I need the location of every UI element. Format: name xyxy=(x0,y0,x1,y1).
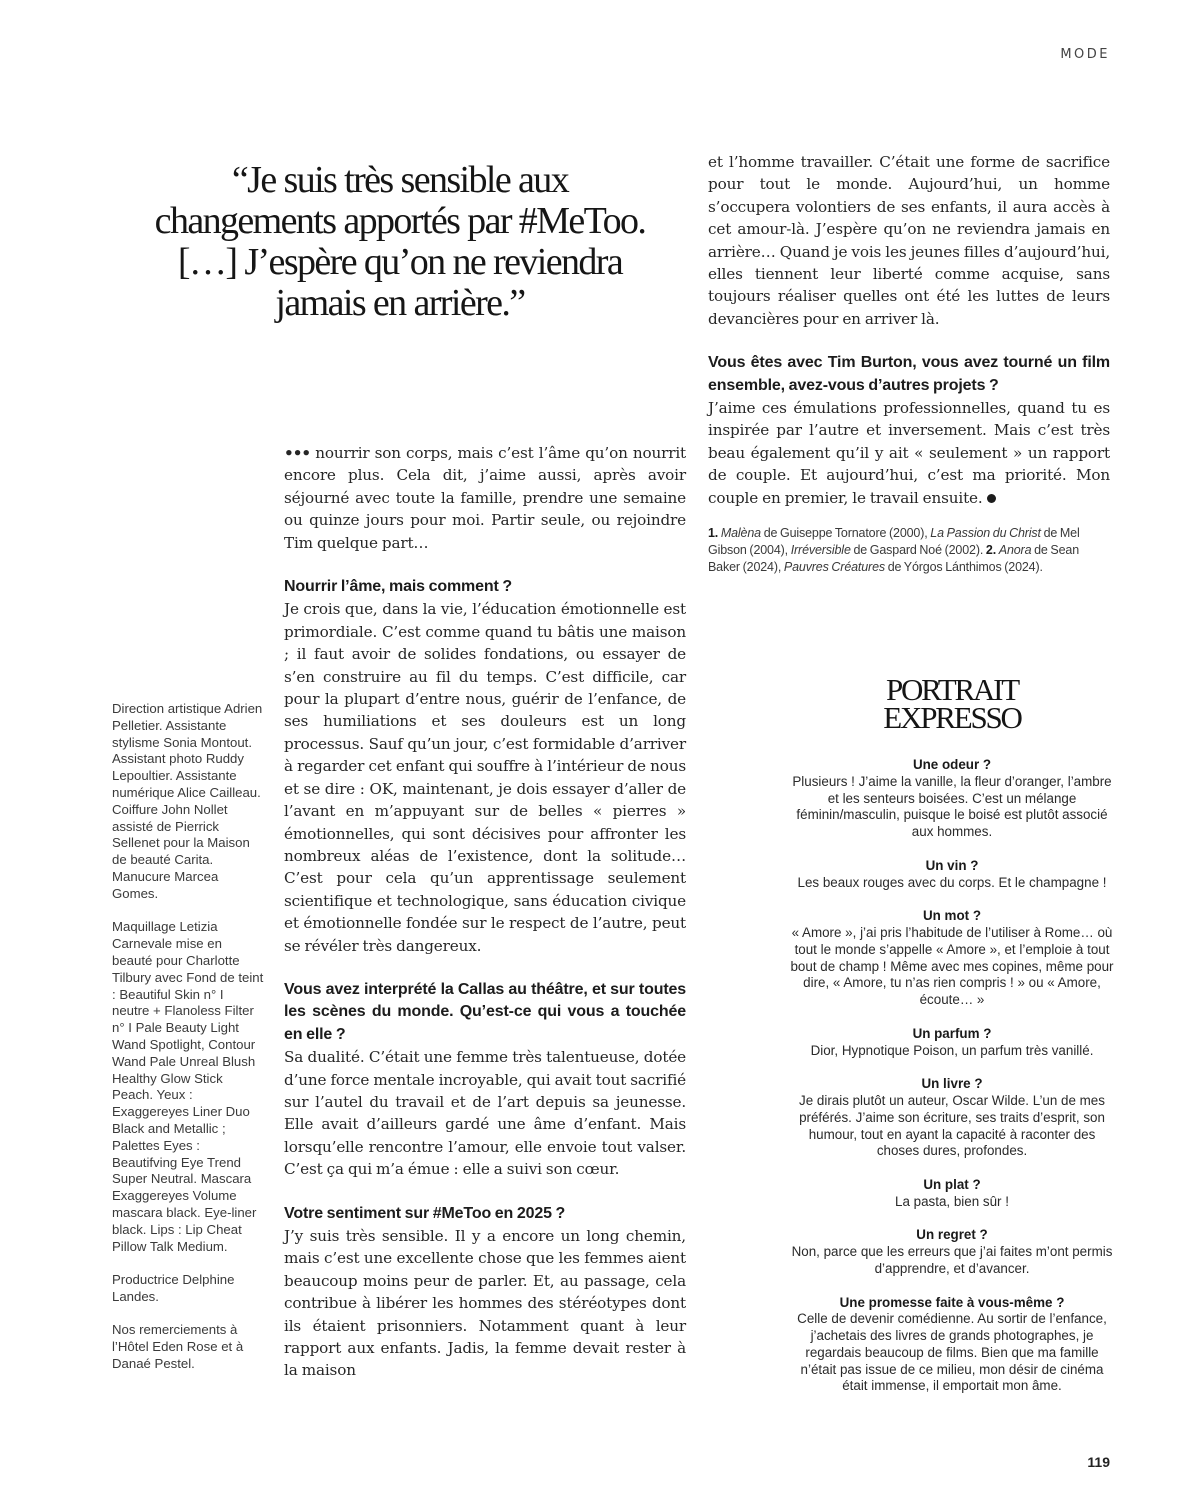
article-column-middle: ••• nourrir son corps, mais c’est l’âme … xyxy=(284,442,686,1382)
portrait-answer: Non, parce que les erreurs que j’ai fait… xyxy=(792,1244,1113,1276)
qa-block: Vous avez interprété la Callas au théâtr… xyxy=(284,979,686,1181)
interview-question: Nourrir l’âme, mais comment ? xyxy=(284,576,686,598)
portrait-question: Une promesse faite à vous-même ? xyxy=(790,1295,1114,1312)
qa-block: Vous êtes avec Tim Burton, vous avez tou… xyxy=(708,352,1110,509)
portrait-answer: Je dirais plutôt un auteur, Oscar Wilde.… xyxy=(799,1093,1105,1158)
intro-text: nourrir son corps, mais c’est l’âme qu’o… xyxy=(284,444,686,552)
article-column-right: et l’homme travailler. C’était une forme… xyxy=(708,151,1110,576)
portrait-item: Un livre ?Je dirais plutôt un auteur, Os… xyxy=(790,1076,1114,1160)
qa-block: Votre sentiment sur #MeToo en 2025 ? J’y… xyxy=(284,1203,686,1382)
section-label: MODE xyxy=(1060,47,1110,62)
film-title: La Passion du Christ xyxy=(930,526,1041,540)
portrait-question: Un regret ? xyxy=(790,1227,1114,1244)
portrait-question: Un mot ? xyxy=(790,908,1114,925)
portrait-answer: « Amore », j’ai pris l’habitude de l’uti… xyxy=(790,925,1113,1007)
portrait-answer: Les beaux rouges avec du corps. Et le ch… xyxy=(798,875,1107,890)
interview-question: Vous avez interprété la Callas au théâtr… xyxy=(284,979,686,1046)
portrait-expresso-title: PORTRAIT EXPRESSO xyxy=(790,676,1114,732)
article-intro: ••• nourrir son corps, mais c’est l’âme … xyxy=(284,442,686,554)
title-line: EXPRESSO xyxy=(790,704,1114,732)
portrait-question: Un parfum ? xyxy=(790,1026,1114,1043)
interview-answer: Sa dualité. C’était une femme très talen… xyxy=(284,1048,686,1178)
interview-question: Votre sentiment sur #MeToo en 2025 ? xyxy=(284,1203,686,1225)
credits-team: Direction artistique Adrien Pelletier. A… xyxy=(112,701,264,903)
photo-credits: Direction artistique Adrien Pelletier. A… xyxy=(112,701,264,1390)
film-title: Irréversible xyxy=(791,543,851,557)
portrait-question: Un plat ? xyxy=(790,1177,1114,1194)
credits-thanks: Nos remerciements à l’Hôtel Eden Rose et… xyxy=(112,1322,264,1372)
credits-makeup: Maquillage Letizia Carnevale mise en bea… xyxy=(112,919,264,1255)
portrait-expresso-box: PORTRAIT EXPRESSO Une odeur ?Plusieurs !… xyxy=(790,676,1114,1412)
article-continuation: et l’homme travailler. C’était une forme… xyxy=(708,151,1110,330)
portrait-question: Un vin ? xyxy=(790,858,1114,875)
interview-answer: Je crois que, dans la vie, l’éducation é… xyxy=(284,600,686,954)
end-of-article-dot-icon xyxy=(987,494,996,503)
portrait-answer: Celle de devenir comédienne. Au sortir d… xyxy=(797,1311,1107,1393)
portrait-question: Une odeur ? xyxy=(790,757,1114,774)
footnote-text: de Guiseppe Tornatore (2000), xyxy=(761,526,930,540)
footnotes: 1. Malèna de Guiseppe Tornatore (2000), … xyxy=(708,525,1110,576)
film-title: Malèna xyxy=(721,526,761,540)
film-title: Anora xyxy=(999,543,1032,557)
film-title: Pauvres Créatures xyxy=(784,560,885,574)
portrait-answer: La pasta, bien sûr ! xyxy=(895,1194,1009,1209)
portrait-item: Un plat ?La pasta, bien sûr ! xyxy=(790,1177,1114,1211)
portrait-item: Un vin ?Les beaux rouges avec du corps. … xyxy=(790,858,1114,892)
page-number: 119 xyxy=(1087,1454,1110,1470)
footnote-text: de Gaspard Noé (2002). xyxy=(851,543,986,557)
portrait-item: Une promesse faite à vous-même ?Celle de… xyxy=(790,1295,1114,1396)
portrait-item: Un mot ?« Amore », j’ai pris l’habitude … xyxy=(790,908,1114,1009)
continuation-marker-icon: ••• xyxy=(284,444,310,462)
interview-answer: J’aime ces émulations professionnelles, … xyxy=(708,399,1110,507)
portrait-answer: Plusieurs ! J’aime la vanille, la fleur … xyxy=(792,774,1111,839)
portrait-item: Un parfum ?Dior, Hypnotique Poison, un p… xyxy=(790,1026,1114,1060)
qa-block: Nourrir l’âme, mais comment ? Je crois q… xyxy=(284,576,686,957)
portrait-item: Une odeur ?Plusieurs ! J’aime la vanille… xyxy=(790,757,1114,841)
interview-question: Vous êtes avec Tim Burton, vous avez tou… xyxy=(708,352,1110,397)
footnote-text: de Yórgos Lánthimos (2024). xyxy=(885,560,1043,574)
pull-quote: “Je suis très sensible aux changements a… xyxy=(150,160,650,324)
portrait-question: Un livre ? xyxy=(790,1076,1114,1093)
footnote-number: 1. xyxy=(708,526,718,540)
portrait-answer: Dior, Hypnotique Poison, un parfum très … xyxy=(811,1043,1094,1058)
credits-producer: Productrice Delphine Landes. xyxy=(112,1272,264,1306)
interview-answer: J’y suis très sensible. Il y a encore un… xyxy=(284,1227,686,1379)
footnote-number: 2. xyxy=(986,543,996,557)
portrait-item: Un regret ?Non, parce que les erreurs qu… xyxy=(790,1227,1114,1277)
